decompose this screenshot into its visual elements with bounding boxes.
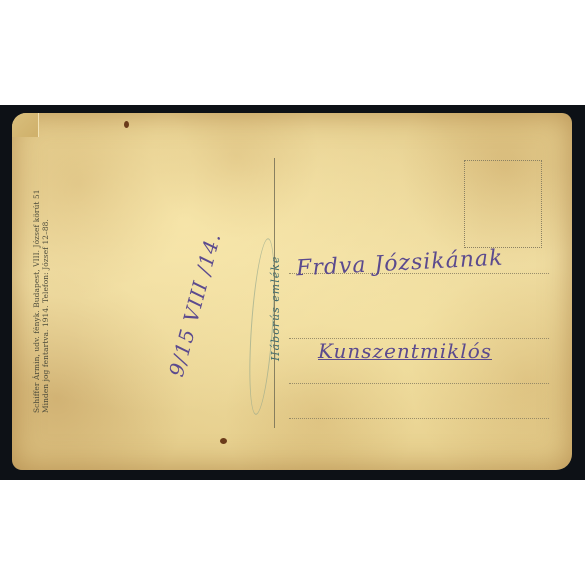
handwritten-place: Kunszentmiklós	[318, 339, 492, 363]
handwritten-date: 9/15 VIII /14.	[164, 230, 226, 379]
publisher-imprint: Schiffer Ármin, udv. fényk. Budapest, VI…	[32, 123, 50, 413]
stamp-placeholder-box	[464, 160, 542, 248]
handwritten-recipient: Frdva Józsikának	[295, 246, 503, 282]
address-line	[289, 383, 549, 384]
address-line	[289, 418, 549, 419]
publisher-line-1: Schiffer Ármin, udv. fényk. Budapest, VI…	[32, 123, 41, 413]
handwritten-note: Háborús emléke	[269, 256, 282, 361]
publisher-line-2: Minden jog fentartva. 1914. Telefon: Józ…	[41, 123, 50, 413]
center-divider-line	[274, 158, 275, 428]
stain-mark	[124, 121, 129, 128]
stain-mark	[220, 438, 227, 444]
postcard-back: Schiffer Ármin, udv. fényk. Budapest, VI…	[12, 113, 572, 470]
